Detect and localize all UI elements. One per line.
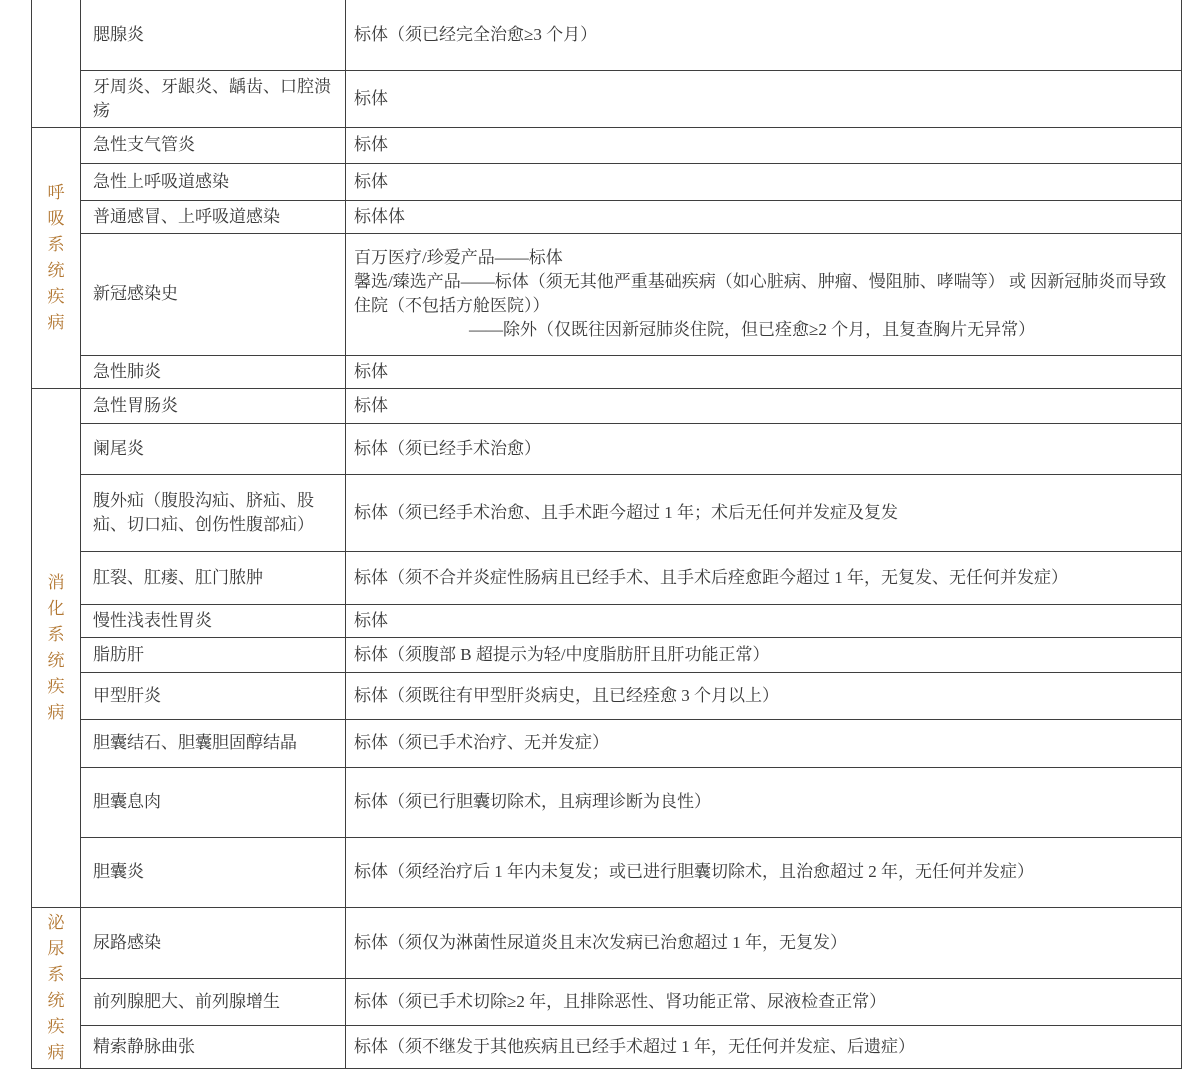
decision-cell: 标体（须仅为淋菌性尿道炎且末次发病已治愈超过 1 年，无复发） [346,907,1182,979]
table-row: 急性肺炎标体 [32,355,1182,388]
category-label: 泌尿系统疾病 [47,910,65,1066]
table-row: 腮腺炎标体（须已经完全治愈≥3 个月） [32,0,1182,70]
decision-cell: 标体（须已手术治疗、无并发症） [346,719,1182,767]
disease-cell: 急性支气管炎 [81,127,346,163]
disease-cell: 精索静脉曲张 [81,1025,346,1068]
decision-cell: 标体（须腹部 B 超提示为轻/中度脂肪肝且肝功能正常） [346,637,1182,672]
decision-cell: 标体 [346,163,1182,200]
disease-cell: 急性肺炎 [81,355,346,388]
disease-cell: 新冠感染史 [81,233,346,355]
table-row: 慢性浅表性胃炎标体 [32,604,1182,637]
decision-line: 馨选/臻选产品——标体（须无其他严重基础疾病（如心脏病、肿瘤、慢阻肺、哮喘等） … [354,270,1171,318]
table-row: 胆囊结石、胆囊胆固醇结晶标体（须已手术治疗、无并发症） [32,719,1182,767]
disease-cell: 胆囊炎 [81,837,346,907]
table-row: 腹外疝（腹股沟疝、脐疝、股疝、切口疝、创伤性腹部疝）标体（须已经手术治愈、且手术… [32,474,1182,551]
table-row: 消化系统疾病急性胃肠炎标体 [32,388,1182,423]
table-row: 阑尾炎标体（须已经手术治愈） [32,423,1182,474]
decision-cell: 标体（须经治疗后 1 年内未复发；或已进行胆囊切除术，且治愈超过 2 年，无任何… [346,837,1182,907]
table-row: 前列腺肥大、前列腺增生标体（须已手术切除≥2 年，且排除恶性、肾功能正常、尿液检… [32,979,1182,1026]
table-row: 甲型肝炎标体（须既往有甲型肝炎病史，且已经痊愈 3 个月以上） [32,672,1182,719]
underwriting-table: 腮腺炎标体（须已经完全治愈≥3 个月）牙周炎、牙龈炎、龋齿、口腔溃疡标体呼吸系统… [31,0,1182,1069]
disease-cell: 肛裂、肛瘘、肛门脓肿 [81,551,346,604]
category-label: 消化系统疾病 [47,570,65,726]
decision-cell: 标体（须不继发于其他疾病且已经手术超过 1 年，无任何并发症、后遗症） [346,1025,1182,1068]
table-row: 急性上呼吸道感染标体 [32,163,1182,200]
decision-cell: 标体（须已经手术治愈） [346,423,1182,474]
disease-cell: 普通感冒、上呼吸道感染 [81,200,346,233]
decision-cell: 标体（须既往有甲型肝炎病史，且已经痊愈 3 个月以上） [346,672,1182,719]
table-row: 泌尿系统疾病尿路感染标体（须仅为淋菌性尿道炎且末次发病已治愈超过 1 年，无复发… [32,907,1182,979]
decision-cell: 百万医疗/珍爱产品——标体馨选/臻选产品——标体（须无其他严重基础疾病（如心脏病… [346,233,1182,355]
table-row: 肛裂、肛瘘、肛门脓肿标体（须不合并炎症性肠病且已经手术、且手术后痊愈距今超过 1… [32,551,1182,604]
document-page: 腮腺炎标体（须已经完全治愈≥3 个月）牙周炎、牙龈炎、龋齿、口腔溃疡标体呼吸系统… [0,0,1200,1080]
disease-cell: 尿路感染 [81,907,346,979]
decision-cell: 标体 [346,604,1182,637]
table-row: 普通感冒、上呼吸道感染标体体 [32,200,1182,233]
decision-cell: 标体（须已手术切除≥2 年，且排除恶性、肾功能正常、尿液检查正常） [346,979,1182,1026]
decision-cell: 标体 [346,70,1182,127]
disease-cell: 牙周炎、牙龈炎、龋齿、口腔溃疡 [81,70,346,127]
disease-cell: 急性上呼吸道感染 [81,163,346,200]
category-cell [32,0,81,127]
table-row: 呼吸系统疾病急性支气管炎标体 [32,127,1182,163]
decision-cell: 标体 [346,127,1182,163]
disease-cell: 甲型肝炎 [81,672,346,719]
decision-cell: 标体（须已经完全治愈≥3 个月） [346,0,1182,70]
disease-cell: 急性胃肠炎 [81,388,346,423]
disease-cell: 前列腺肥大、前列腺增生 [81,979,346,1026]
decision-cell: 标体 [346,388,1182,423]
disease-cell: 胆囊结石、胆囊胆固醇结晶 [81,719,346,767]
disease-cell: 胆囊息肉 [81,767,346,837]
decision-line: ——除外（仅既往因新冠肺炎住院，但已痊愈≥2 个月，且复查胸片无异常） [354,318,1171,342]
decision-line: 百万医疗/珍爱产品——标体 [354,246,1171,270]
table-row: 胆囊息肉标体（须已行胆囊切除术，且病理诊断为良性） [32,767,1182,837]
decision-cell: 标体 [346,355,1182,388]
disease-cell: 阑尾炎 [81,423,346,474]
disease-cell: 腹外疝（腹股沟疝、脐疝、股疝、切口疝、创伤性腹部疝） [81,474,346,551]
category-cell: 泌尿系统疾病 [32,907,81,1068]
table-row: 胆囊炎标体（须经治疗后 1 年内未复发；或已进行胆囊切除术，且治愈超过 2 年，… [32,837,1182,907]
table-row: 精索静脉曲张标体（须不继发于其他疾病且已经手术超过 1 年，无任何并发症、后遗症… [32,1025,1182,1068]
decision-cell: 标体（须已行胆囊切除术，且病理诊断为良性） [346,767,1182,837]
disease-cell: 脂肪肝 [81,637,346,672]
category-cell: 消化系统疾病 [32,388,81,907]
decision-cell: 标体（须不合并炎症性肠病且已经手术、且手术后痊愈距今超过 1 年，无复发、无任何… [346,551,1182,604]
category-cell: 呼吸系统疾病 [32,127,81,388]
disease-cell: 腮腺炎 [81,0,346,70]
table-row: 脂肪肝标体（须腹部 B 超提示为轻/中度脂肪肝且肝功能正常） [32,637,1182,672]
table-row: 牙周炎、牙龈炎、龋齿、口腔溃疡标体 [32,70,1182,127]
decision-cell: 标体体 [346,200,1182,233]
table-row: 新冠感染史百万医疗/珍爱产品——标体馨选/臻选产品——标体（须无其他严重基础疾病… [32,233,1182,355]
decision-cell: 标体（须已经手术治愈、且手术距今超过 1 年；术后无任何并发症及复发 [346,474,1182,551]
disease-cell: 慢性浅表性胃炎 [81,604,346,637]
category-label: 呼吸系统疾病 [47,180,65,336]
